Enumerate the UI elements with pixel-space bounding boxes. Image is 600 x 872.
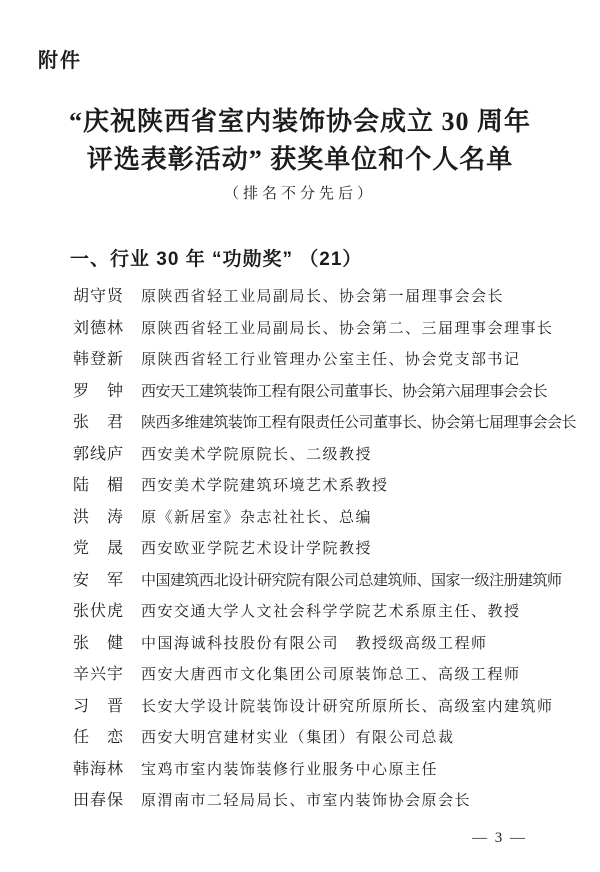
awardee-name: 陆 楣 (73, 470, 137, 502)
awardee-title: 中国建筑西北设计研究院有限公司总建筑师、国家一级注册建筑师 (141, 573, 562, 589)
list-item: 田春保 原渭南市二轻局局长、市室内装饰协会原会长 (0, 785, 600, 817)
awardee-name: 洪 涛 (73, 502, 137, 534)
awardee-title: 原陕西省轻工业局副局长、协会第一届理事会会长 (141, 289, 504, 305)
awardee-list: 胡守贤 原陕西省轻工业局副局长、协会第一届理事会会长 刘德林 原陕西省轻工业局副… (0, 281, 600, 817)
awardee-title: 西安天工建筑装饰工程有限公司董事长、协会第六届理事会会长 (141, 384, 547, 400)
awardee-title: 西安交通大学人文社会科学学院艺术系原主任、教授 (141, 604, 521, 620)
awardee-name: 张 君 (73, 407, 137, 439)
awardee-name: 韩登新 (73, 344, 137, 376)
awardee-name: 张伏虎 (73, 596, 137, 628)
list-item: 洪 涛 原《新居室》杂志社社长、总编 (0, 502, 600, 534)
ranking-note: （排名不分先后） (0, 184, 600, 205)
awardee-title: 中国海诚科技股份有限公司 教授级高级工程师 (141, 636, 488, 652)
awardee-title: 长安大学设计院装饰设计研究所原所长、高级室内建筑师 (141, 699, 554, 715)
list-item: 党 晟 西安欧亚学院艺术设计学院教授 (0, 533, 600, 565)
awardee-name: 罗 钟 (73, 376, 137, 408)
list-item: 安 军 中国建筑西北设计研究院有限公司总建筑师、国家一级注册建筑师 (0, 565, 600, 597)
awardee-title: 原陕西省轻工行业管理办公室主任、协会党支部书记 (141, 352, 521, 368)
awardee-name: 安 军 (73, 565, 137, 597)
awardee-name: 胡守贤 (73, 281, 137, 313)
awardee-title: 西安大明宫建材实业（集团）有限公司总裁 (141, 730, 455, 746)
awardee-title: 西安美术学院原院长、二级教授 (141, 447, 372, 463)
awardee-title: 西安美术学院建筑环境艺术系教授 (141, 478, 389, 494)
awardee-name: 任 恋 (73, 722, 137, 754)
page-title: “庆祝陕西省室内装饰协会成立 30 周年 评选表彰活动” 获奖单位和个人名单 (0, 103, 600, 179)
awardee-name: 刘德林 (73, 313, 137, 345)
list-item: 张伏虎 西安交通大学人文社会科学学院艺术系原主任、教授 (0, 596, 600, 628)
list-item: 张 君 陕西多维建筑装饰工程有限责任公司董事长、协会第七届理事会会长 (0, 407, 600, 439)
page-number: — 3 — (472, 828, 527, 848)
list-item: 韩登新 原陕西省轻工行业管理办公室主任、协会党支部书记 (0, 344, 600, 376)
awardee-title: 宝鸡市室内装饰装修行业服务中心原主任 (141, 762, 438, 778)
awardee-name: 郭线庐 (73, 439, 137, 471)
document-page: 附件 “庆祝陕西省室内装饰协会成立 30 周年 评选表彰活动” 获奖单位和个人名… (0, 0, 600, 872)
awardee-name: 辛兴宇 (73, 659, 137, 691)
awardee-title: 原渭南市二轻局局长、市室内装饰协会原会长 (141, 793, 471, 809)
awardee-name: 田春保 (73, 785, 137, 817)
list-item: 习 晋 长安大学设计院装饰设计研究所原所长、高级室内建筑师 (0, 691, 600, 723)
list-item: 任 恋 西安大明宫建材实业（集团）有限公司总裁 (0, 722, 600, 754)
awardee-title: 西安欧亚学院艺术设计学院教授 (141, 541, 372, 557)
attachment-label: 附件 (38, 48, 82, 74)
awardee-title: 陕西多维建筑装饰工程有限责任公司董事长、协会第七届理事会会长 (141, 415, 576, 431)
awardee-title: 原《新居室》杂志社社长、总编 (141, 510, 372, 526)
page-title-line2: 评选表彰活动” 获奖单位和个人名单 (87, 145, 514, 174)
list-item: 辛兴宇 西安大唐西市文化集团公司原装饰总工、高级工程师 (0, 659, 600, 691)
list-item: 刘德林 原陕西省轻工业局副局长、协会第二、三届理事会理事长 (0, 313, 600, 345)
list-item: 陆 楣 西安美术学院建筑环境艺术系教授 (0, 470, 600, 502)
list-item: 张 健 中国海诚科技股份有限公司 教授级高级工程师 (0, 628, 600, 660)
awardee-title: 西安大唐西市文化集团公司原装饰总工、高级工程师 (141, 667, 521, 683)
awardee-name: 习 晋 (73, 691, 137, 723)
list-item: 韩海林 宝鸡市室内装饰装修行业服务中心原主任 (0, 754, 600, 786)
awardee-name: 韩海林 (73, 754, 137, 786)
awardee-name: 党 晟 (73, 533, 137, 565)
list-item: 胡守贤 原陕西省轻工业局副局长、协会第一届理事会会长 (0, 281, 600, 313)
awardee-title: 原陕西省轻工业局副局长、协会第二、三届理事会理事长 (141, 321, 554, 337)
page-title-line1: “庆祝陕西省室内装饰协会成立 30 周年 (69, 107, 531, 136)
section-heading: 一、行业 30 年 “功勋奖” （21） (70, 247, 362, 273)
list-item: 罗 钟 西安天工建筑装饰工程有限公司董事长、协会第六届理事会会长 (0, 376, 600, 408)
list-item: 郭线庐 西安美术学院原院长、二级教授 (0, 439, 600, 471)
awardee-name: 张 健 (73, 628, 137, 660)
